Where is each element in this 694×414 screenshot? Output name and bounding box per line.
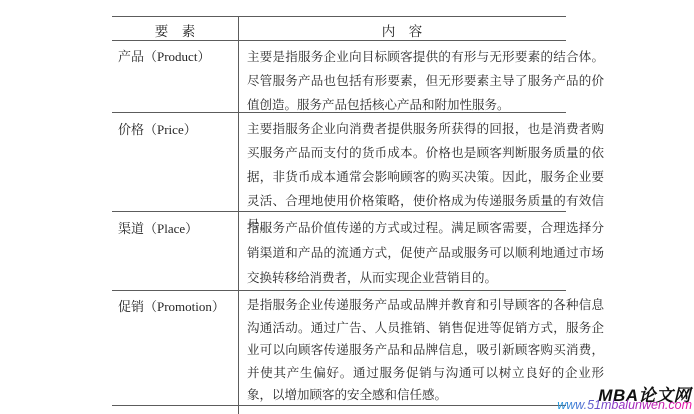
- row-label-product: 产品（Product）: [118, 46, 210, 65]
- header-row-divider: [112, 40, 566, 41]
- table-border-top: [112, 16, 566, 17]
- row-label-promotion: 促销（Promotion）: [118, 296, 225, 315]
- row-label-place: 渠道（Place）: [118, 218, 198, 237]
- row-content-place: 指服务产品价值传递的方式或过程。满足顾客需要，合理选择分销渠道和产品的流通方式，…: [247, 216, 604, 291]
- scanned-table-page: 要 素 内 容 产品（Product） 主要是指服务企业向目标顾客提供的有形与无…: [0, 0, 694, 414]
- column-divider: [238, 16, 239, 414]
- header-cell-factor: 要 素: [112, 20, 238, 40]
- row-label-price: 价格（Price）: [118, 119, 197, 138]
- row-content-product: 主要是指服务企业向目标顾客提供的有形与无形要素的结合体。尽管服务产品也包括有形要…: [247, 45, 604, 117]
- header-cell-content: 内 容: [238, 20, 566, 40]
- watermark-url: www.51mbalunwen.com: [557, 398, 692, 412]
- row-content-promotion: 是指服务企业传递服务产品或品牌并教育和引导顾客的各种信息沟通活动。通过广告、人员…: [247, 294, 604, 407]
